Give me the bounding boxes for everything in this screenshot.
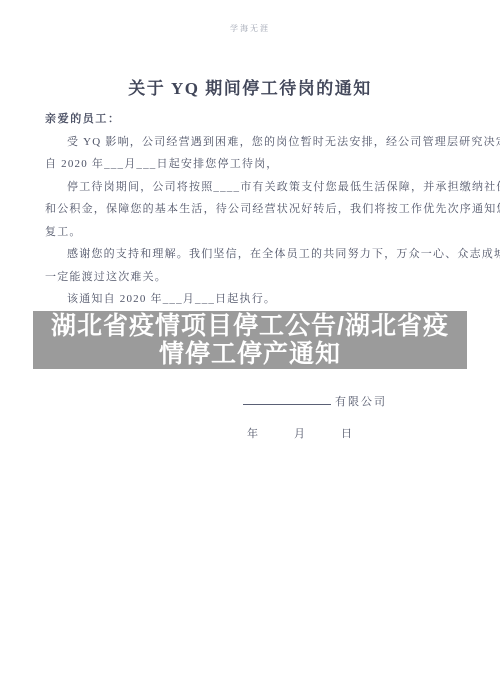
document-body: 亲爱的员工： 受 YQ 影响，公司经营遇到困难，您的岗位暂时无法安排，经公司管理… <box>45 108 467 311</box>
body-line: 受 YQ 影响，公司经营遇到困难，您的岗位暂时无法安排，经公司管理层研究决定， <box>45 131 467 154</box>
watermark: 学海无涯 <box>0 23 500 34</box>
body-line: 一定能渡过这次难关。 <box>45 266 467 289</box>
overlay-banner: 湖北省疫情项目停工公告/湖北省疫 情停工停产通知 <box>33 311 467 369</box>
date-line: 年 月 日 <box>247 425 352 441</box>
body-line: 和公积金，保障您的基本生活，待公司经营状况好转后，我们将按工作优先次序通知您 <box>45 198 467 221</box>
document-page: 学海无涯 关于 YQ 期间停工待岗的通知 亲爱的员工： 受 YQ 影响，公司经营… <box>0 0 500 677</box>
greeting-line: 亲爱的员工： <box>45 108 467 131</box>
company-name-blank <box>243 393 331 405</box>
body-line: 停工待岗期间，公司将按照____市有关政策支付您最低生活保障，并承担缴纳社保 <box>45 176 467 199</box>
date-month-label: 月 <box>294 425 305 441</box>
date-day-label: 日 <box>341 425 352 441</box>
page-title: 关于 YQ 期间停工待岗的通知 <box>0 74 500 99</box>
company-suffix: 有限公司 <box>335 396 387 408</box>
banner-line: 湖北省疫情项目停工公告/湖北省疫 <box>33 312 467 340</box>
body-line: 自 2020 年___月___日起安排您停工待岗， <box>45 153 467 176</box>
body-line: 该通知自 2020 年___月___日起执行。 <box>45 288 467 311</box>
body-line: 复工。 <box>45 221 467 244</box>
signature-line: 有限公司 <box>243 393 387 409</box>
banner-line: 情停工停产通知 <box>33 340 467 368</box>
date-year-label: 年 <box>247 425 258 441</box>
body-line: 感谢您的支持和理解。我们坚信，在全体员工的共同努力下，万众一心、众志成城、 <box>45 243 467 266</box>
